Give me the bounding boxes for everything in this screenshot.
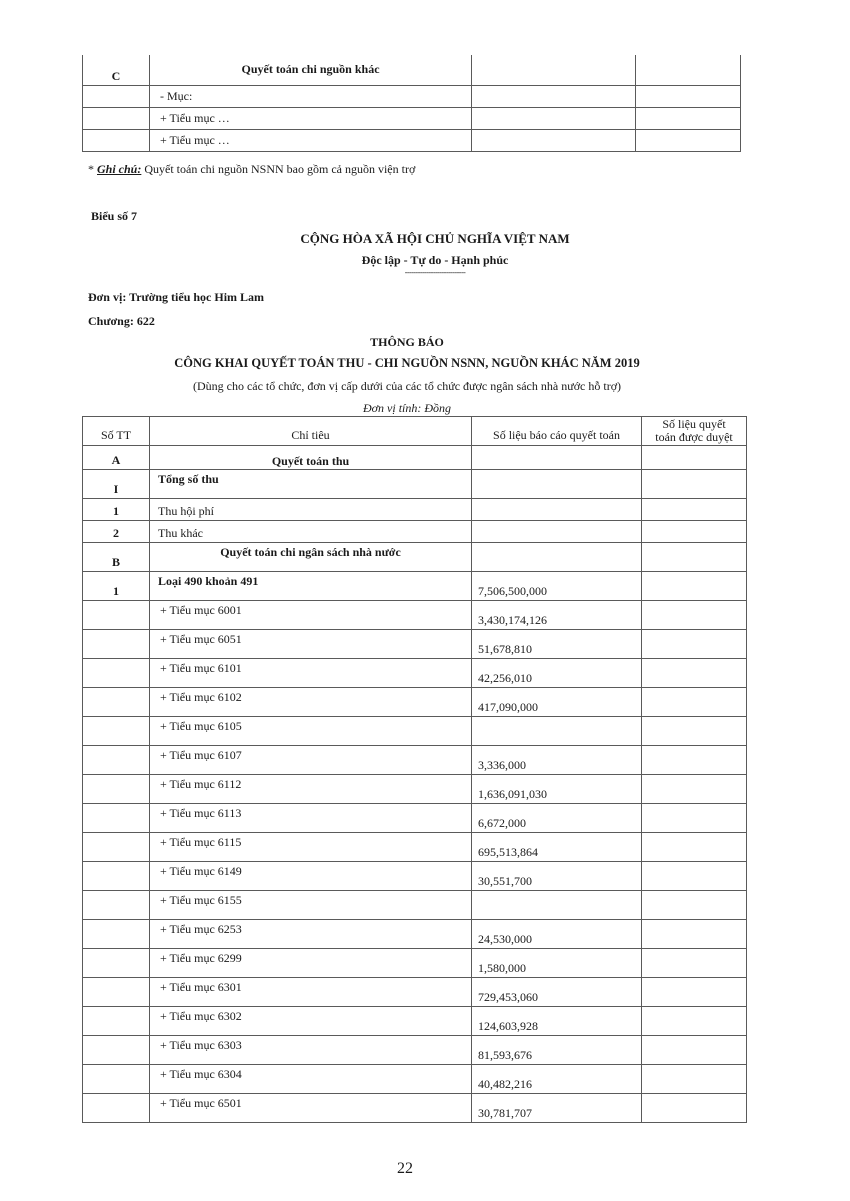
row-stt	[83, 601, 150, 630]
notice-title: THÔNG BÁO	[0, 335, 832, 350]
row-approved	[636, 107, 741, 129]
row-stt	[83, 1094, 150, 1123]
row-approved	[642, 688, 747, 717]
row-label: + Tiểu mục 6115	[150, 833, 472, 862]
row-stt	[83, 630, 150, 659]
row-label: - Mục:	[150, 85, 472, 107]
row-stt	[83, 891, 150, 920]
table-row: + Tiểu mục 61136,672,000	[83, 804, 747, 833]
row-label: + Tiểu mục 6051	[150, 630, 472, 659]
row-stt	[83, 746, 150, 775]
row-stt: I	[83, 470, 150, 499]
table-row: + Tiểu mục …	[83, 129, 741, 151]
table-row: + Tiểu mục 630440,482,216	[83, 1065, 747, 1094]
table-row: 1Loại 490 khoản 4917,506,500,000	[83, 572, 747, 601]
row-approved	[642, 543, 747, 572]
table-row: - Mục:	[83, 85, 741, 107]
row-stt	[83, 1036, 150, 1065]
row-approved	[642, 572, 747, 601]
row-value: 51,678,810	[472, 630, 642, 659]
row-label: + Tiểu mục 6155	[150, 891, 472, 920]
row-stt	[83, 949, 150, 978]
national-title: CỘNG HÒA XÃ HỘI CHỦ NGHĨA VIỆT NAM	[10, 231, 850, 247]
unit-name: Đơn vị: Trường tiểu học Him Lam	[88, 290, 264, 305]
row-value: 30,781,707	[472, 1094, 642, 1123]
row-label: + Tiểu mục 6001	[150, 601, 472, 630]
row-value	[472, 85, 636, 107]
notice-subtitle: CÔNG KHAI QUYẾT TOÁN THU - CHI NGUỒN NSN…	[0, 356, 832, 371]
row-stt	[83, 978, 150, 1007]
row-stt	[83, 833, 150, 862]
table-row: + Tiểu mục 60013,430,174,126	[83, 601, 747, 630]
row-stt	[83, 1065, 150, 1094]
row-value: 81,593,676	[472, 1036, 642, 1065]
table-row: 2Thu khác	[83, 521, 747, 543]
row-label: + Tiểu mục 6112	[150, 775, 472, 804]
page-number: 22	[0, 1160, 830, 1178]
settlement-table: Số TT Chỉ tiêu Số liệu báo cáo quyết toá…	[82, 416, 747, 1123]
table-row: + Tiểu mục …	[83, 107, 741, 129]
table-row: + Tiểu mục 61073,336,000	[83, 746, 747, 775]
row-value	[472, 470, 642, 499]
table-row: + Tiểu mục 6102417,090,000	[83, 688, 747, 717]
row-approved	[642, 521, 747, 543]
row-value: 1,636,091,030	[472, 775, 642, 804]
table-row: 1Thu hội phí	[83, 499, 747, 521]
row-stt	[83, 717, 150, 746]
row-value: 7,506,500,000	[472, 572, 642, 601]
row-label: + Tiểu mục 6149	[150, 862, 472, 891]
row-value: 695,513,864	[472, 833, 642, 862]
row-approved	[642, 891, 747, 920]
row-label: + Tiểu mục 6107	[150, 746, 472, 775]
table-row: + Tiểu mục 6105	[83, 717, 747, 746]
row-value	[472, 129, 636, 151]
row-approved	[642, 717, 747, 746]
footnote-prefix: *	[88, 162, 97, 176]
row-approved	[636, 85, 741, 107]
row-label: + Tiểu mục 6105	[150, 717, 472, 746]
row-stt	[83, 688, 150, 717]
row-value: 30,551,700	[472, 862, 642, 891]
row-value: 3,336,000	[472, 746, 642, 775]
table-row: + Tiểu mục 625324,530,000	[83, 920, 747, 949]
table-row: + Tiểu mục 6301729,453,060	[83, 978, 747, 1007]
table-body: AQuyết toán thuITổng số thu1Thu hội phí2…	[83, 446, 747, 1123]
row-approved	[642, 1065, 747, 1094]
footnote-label: Ghi chú:	[97, 162, 141, 176]
row-label: Quyết toán chi nguồn khác	[150, 55, 472, 85]
row-value: 3,430,174,126	[472, 601, 642, 630]
table-header-row: Số TT Chỉ tiêu Số liệu báo cáo quyết toá…	[83, 417, 747, 446]
row-approved	[642, 446, 747, 470]
row-stt: A	[83, 446, 150, 470]
row-value	[472, 107, 636, 129]
header-approved-line2: toán được duyệt	[642, 431, 746, 444]
header-approved: Số liệu quyết toán được duyệt	[642, 417, 747, 446]
row-stt: 1	[83, 499, 150, 521]
table-row: ITổng số thu	[83, 470, 747, 499]
row-label: + Tiểu mục 6299	[150, 949, 472, 978]
row-value	[472, 446, 642, 470]
row-stt	[83, 85, 150, 107]
row-label: Quyết toán chi ngân sách nhà nước	[150, 543, 472, 572]
row-stt: B	[83, 543, 150, 572]
row-value: 42,256,010	[472, 659, 642, 688]
row-stt	[83, 659, 150, 688]
row-stt	[83, 107, 150, 129]
row-approved	[642, 920, 747, 949]
row-approved	[642, 746, 747, 775]
row-value: 124,603,928	[472, 1007, 642, 1036]
row-value: 729,453,060	[472, 978, 642, 1007]
row-label: + Tiểu mục 6301	[150, 978, 472, 1007]
row-stt	[83, 129, 150, 151]
notice-scope: (Dùng cho các tổ chức, đơn vị cấp dưới c…	[0, 379, 832, 394]
table-row: BQuyết toán chi ngân sách nhà nước	[83, 543, 747, 572]
table-row: + Tiểu mục 610142,256,010	[83, 659, 747, 688]
row-value	[472, 499, 642, 521]
chapter: Chương: 622	[88, 314, 155, 329]
row-label: + Tiểu mục 6303	[150, 1036, 472, 1065]
header-stt: Số TT	[83, 417, 150, 446]
prev-table: C Quyết toán chi nguồn khác - Mục: + Tiể…	[82, 55, 741, 152]
row-label: Tổng số thu	[150, 470, 472, 499]
header-label: Chỉ tiêu	[150, 417, 472, 446]
motto: Độc lập - Tự do - Hạnh phúc	[10, 253, 850, 268]
table-row: + Tiểu mục 6302124,603,928	[83, 1007, 747, 1036]
motto-rule: ----------------------------	[10, 268, 850, 277]
row-label: + Tiểu mục 6302	[150, 1007, 472, 1036]
form-number: Biểu số 7	[91, 209, 137, 224]
row-approved	[642, 470, 747, 499]
row-approved	[642, 659, 747, 688]
row-value: 417,090,000	[472, 688, 642, 717]
row-label: + Tiểu mục 6102	[150, 688, 472, 717]
row-approved	[642, 862, 747, 891]
row-label: + Tiểu mục 6101	[150, 659, 472, 688]
row-stt	[83, 862, 150, 891]
row-value	[472, 891, 642, 920]
row-stt	[83, 804, 150, 833]
table-row: + Tiểu mục 650130,781,707	[83, 1094, 747, 1123]
row-value: 1,580,000	[472, 949, 642, 978]
row-value	[472, 55, 636, 85]
table-row: + Tiểu mục 6115695,513,864	[83, 833, 747, 862]
row-label: Thu khác	[150, 521, 472, 543]
row-approved	[642, 1007, 747, 1036]
row-approved	[636, 55, 741, 85]
footnote-text: Quyết toán chi nguồn NSNN bao gồm cả ngu…	[141, 162, 415, 176]
row-label: + Tiểu mục …	[150, 107, 472, 129]
row-approved	[642, 775, 747, 804]
row-stt: 2	[83, 521, 150, 543]
row-stt: 1	[83, 572, 150, 601]
table-row: AQuyết toán thu	[83, 446, 747, 470]
row-stt	[83, 775, 150, 804]
row-approved	[642, 1094, 747, 1123]
row-value: 24,530,000	[472, 920, 642, 949]
currency-unit: Đơn vị tính: Đồng	[0, 401, 832, 416]
row-value: 6,672,000	[472, 804, 642, 833]
row-value	[472, 717, 642, 746]
footnote: * Ghi chú: Quyết toán chi nguồn NSNN bao…	[88, 162, 415, 177]
table-row: + Tiểu mục 630381,593,676	[83, 1036, 747, 1065]
row-approved	[642, 1036, 747, 1065]
row-value	[472, 543, 642, 572]
table-row: + Tiểu mục 61121,636,091,030	[83, 775, 747, 804]
table-row: + Tiểu mục 605151,678,810	[83, 630, 747, 659]
row-stt	[83, 920, 150, 949]
header-value: Số liệu báo cáo quyết toán	[472, 417, 642, 446]
row-stt: C	[83, 55, 150, 85]
row-approved	[642, 804, 747, 833]
row-label: + Tiểu mục 6113	[150, 804, 472, 833]
row-approved	[636, 129, 741, 151]
row-approved	[642, 833, 747, 862]
row-label: Loại 490 khoản 491	[150, 572, 472, 601]
row-label: + Tiểu mục 6501	[150, 1094, 472, 1123]
row-value	[472, 521, 642, 543]
table-row: + Tiểu mục 6155	[83, 891, 747, 920]
row-approved	[642, 499, 747, 521]
row-label: + Tiểu mục …	[150, 129, 472, 151]
row-label: Thu hội phí	[150, 499, 472, 521]
row-value: 40,482,216	[472, 1065, 642, 1094]
table-row: C Quyết toán chi nguồn khác	[83, 55, 741, 85]
table-row: + Tiểu mục 614930,551,700	[83, 862, 747, 891]
row-approved	[642, 949, 747, 978]
row-label: + Tiểu mục 6253	[150, 920, 472, 949]
row-label: + Tiểu mục 6304	[150, 1065, 472, 1094]
row-approved	[642, 630, 747, 659]
row-approved	[642, 978, 747, 1007]
table-row: + Tiểu mục 62991,580,000	[83, 949, 747, 978]
row-approved	[642, 601, 747, 630]
row-label: Quyết toán thu	[150, 446, 472, 470]
row-stt	[83, 1007, 150, 1036]
